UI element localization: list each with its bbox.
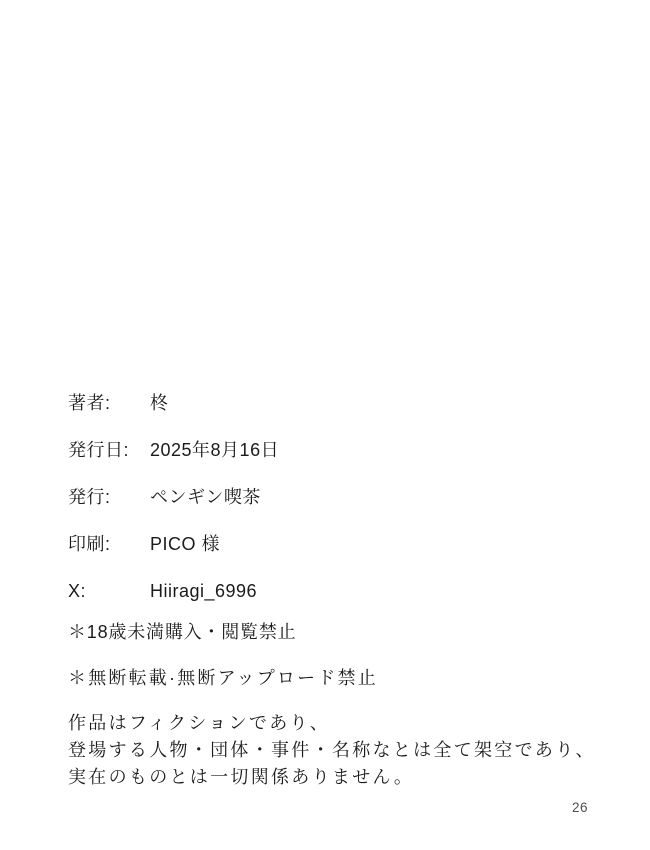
colophon-row-publisher: 発行: ペンギン喫茶 <box>68 487 608 507</box>
fiction-disclaimer: 作品はフィクションであり、 登場する人物・団体・事件・名称なとは全て架空であり、… <box>68 710 628 791</box>
page-number: 26 <box>572 800 588 815</box>
publish-date-value: 2025年8月16日 <box>150 440 608 460</box>
printer-value: PICO 様 <box>150 534 608 554</box>
notices-block: ＊18歳未満購入・閲覧禁止 ＊無断転載·無断アップロード禁止 <box>68 622 608 714</box>
author-value: 柊 <box>150 393 608 413</box>
disclaimer-line-3: 実在のものとは一切関係ありません。 <box>68 764 628 791</box>
publisher-value: ペンギン喫茶 <box>150 487 608 507</box>
colophon-credits-block: 著者: 柊 発行日: 2025年8月16日 発行: ペンギン喫茶 印刷: PIC… <box>68 393 608 628</box>
notice-no-repost: ＊無断転載·無断アップロード禁止 <box>68 668 608 688</box>
x-account-value: Hiiragi_6996 <box>150 581 608 601</box>
publisher-label: 発行: <box>68 487 150 507</box>
disclaimer-line-2: 登場する人物・団体・事件・名称なとは全て架空であり、 <box>68 737 628 764</box>
colophon-row-x-account: X: Hiiragi_6996 <box>68 581 608 601</box>
disclaimer-line-1: 作品はフィクションであり、 <box>68 710 628 737</box>
colophon-row-author: 著者: 柊 <box>68 393 608 413</box>
publish-date-label: 発行日: <box>68 440 150 460</box>
printer-label: 印刷: <box>68 534 150 554</box>
colophon-row-publish-date: 発行日: 2025年8月16日 <box>68 440 608 460</box>
colophon-row-printer: 印刷: PICO 様 <box>68 534 608 554</box>
author-label: 著者: <box>68 393 150 413</box>
notice-age-restriction: ＊18歳未満購入・閲覧禁止 <box>68 622 608 642</box>
x-account-label: X: <box>68 581 150 601</box>
colophon-page: 著者: 柊 発行日: 2025年8月16日 発行: ペンギン喫茶 印刷: PIC… <box>0 0 650 850</box>
